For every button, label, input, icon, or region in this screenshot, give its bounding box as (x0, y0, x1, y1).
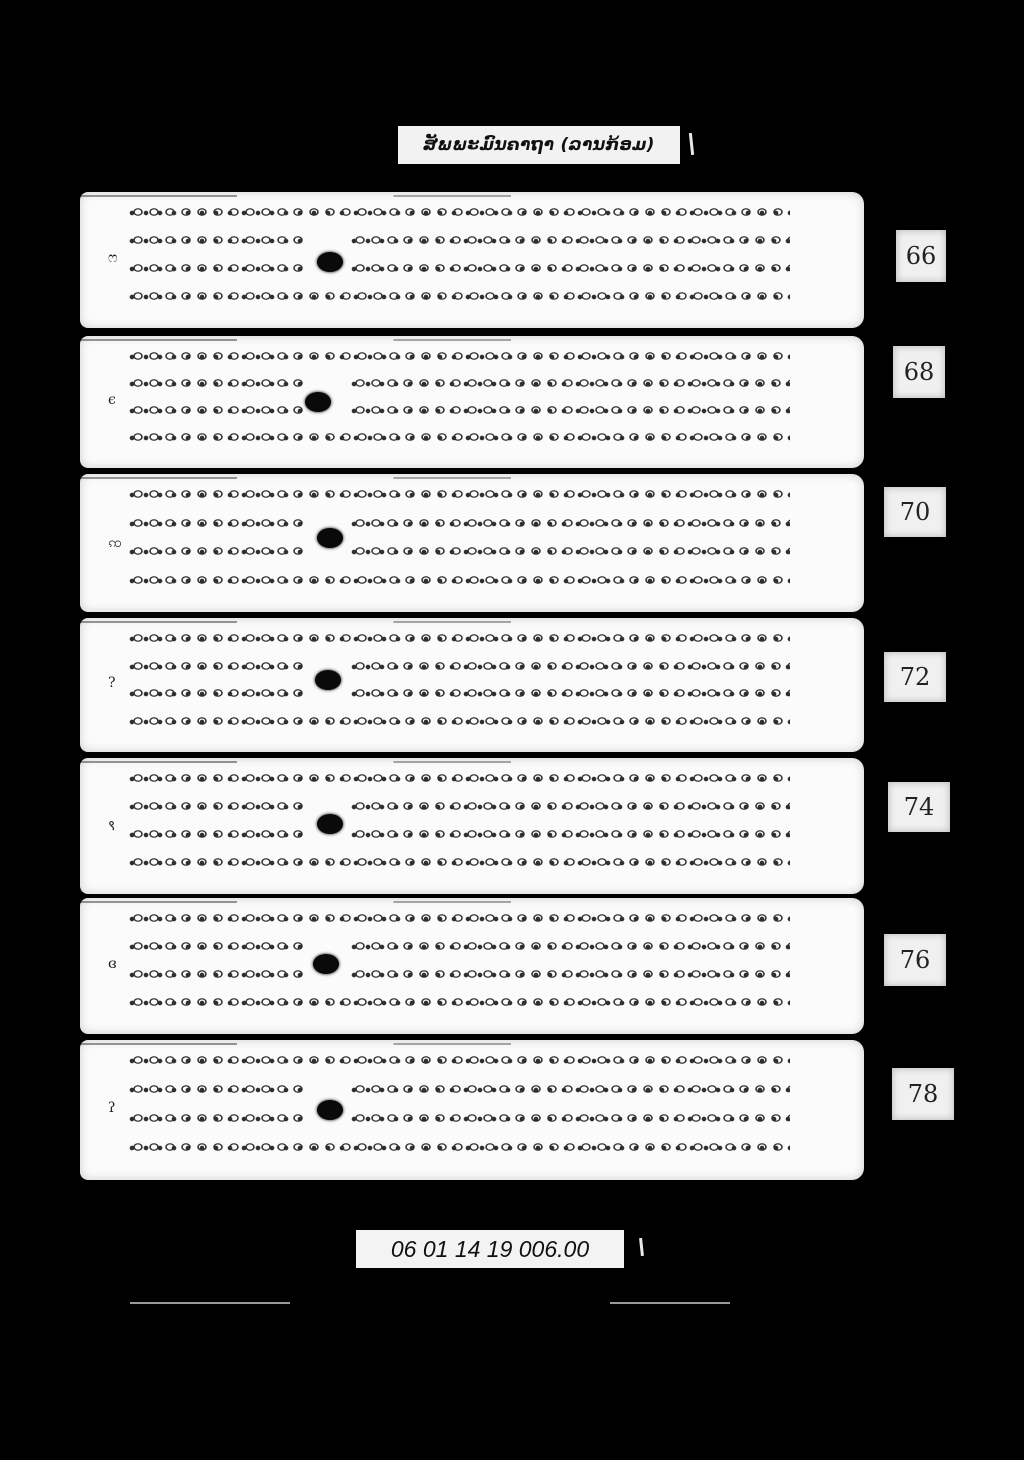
script-line (128, 488, 790, 502)
script-line (128, 715, 790, 729)
script-line-segment (128, 234, 308, 248)
palm-leaf-72: ? (80, 618, 864, 752)
palm-leaf-76: ɞ (80, 898, 864, 1034)
script-line-segment (350, 517, 790, 531)
script-line (128, 996, 790, 1010)
script-line-segment (128, 377, 308, 391)
script-line-segment (128, 1083, 308, 1097)
script-line (128, 290, 790, 304)
script-line-segment (128, 404, 308, 418)
script-line (128, 856, 790, 870)
script-line-segment (128, 800, 308, 814)
palm-leaf-68: ϵ (80, 336, 864, 468)
script-line (128, 1141, 790, 1155)
script-line-segment (350, 660, 790, 674)
palm-leaf-74: ९ (80, 758, 864, 894)
script-line (128, 772, 790, 786)
script-line-segment (350, 1112, 790, 1126)
script-line-segment (350, 234, 790, 248)
script-line-segment (350, 404, 790, 418)
page-number-label: 68 (893, 346, 945, 398)
page-number-label: 74 (888, 782, 950, 832)
script-line (128, 350, 790, 364)
script-line-segment (350, 377, 790, 391)
script-line (128, 206, 790, 220)
script-line-segment (128, 1112, 308, 1126)
page-number-label: 76 (884, 934, 946, 986)
script-line (128, 431, 790, 445)
leaf-margin-numeral: ʔ (108, 1100, 116, 1116)
script-line-segment (350, 828, 790, 842)
leaf-margin-numeral: ९ (108, 816, 115, 835)
script-line-segment (350, 1083, 790, 1097)
string-hole-icon (313, 954, 339, 974)
string-hole-icon (317, 814, 343, 834)
script-line-segment (350, 262, 790, 276)
script-line-segment (350, 968, 790, 982)
leaf-margin-numeral: ꩡ (108, 533, 122, 554)
string-hole-icon (315, 670, 341, 690)
palm-leaf-66: ෆ (80, 192, 864, 328)
script-line-segment (350, 800, 790, 814)
leaf-margin-numeral: ɞ (108, 956, 117, 972)
leaf-margin-numeral: ? (108, 675, 116, 691)
script-line-segment (128, 968, 308, 982)
page-number-label: 70 (884, 487, 946, 537)
script-line-segment (350, 687, 790, 701)
leaf-margin-numeral: ෆ (108, 250, 117, 266)
script-line-segment (128, 517, 308, 531)
script-line (128, 632, 790, 646)
string-hole-icon (317, 528, 343, 548)
scan-edge-line-left (130, 1302, 290, 1304)
string-hole-icon (305, 392, 331, 412)
string-hole-icon (317, 252, 343, 272)
script-line-segment (350, 545, 790, 559)
script-line-segment (350, 940, 790, 954)
leaf-margin-numeral: ϵ (108, 392, 116, 408)
page-number-label: 72 (884, 652, 946, 702)
script-line-segment (128, 545, 308, 559)
title-tick-mark (689, 133, 694, 155)
palm-leaf-70: ꩡ (80, 474, 864, 612)
string-hole-icon (317, 1100, 343, 1120)
catalog-code-label: 06 01 14 19 006.00 (356, 1230, 624, 1268)
script-line-segment (128, 940, 308, 954)
script-line-segment (128, 660, 308, 674)
script-line (128, 1054, 790, 1068)
page-number-label: 78 (892, 1068, 954, 1120)
page-number-label: 66 (896, 230, 946, 282)
script-line-segment (128, 828, 308, 842)
scan-edge-line-right (610, 1302, 730, 1304)
script-line-segment (128, 262, 308, 276)
document-title-label: ສັພພະມົນຄາຖາ (ລານກ້ອມ) (398, 126, 680, 164)
palm-leaf-78: ʔ (80, 1040, 864, 1180)
script-line (128, 574, 790, 588)
script-line-segment (128, 687, 308, 701)
script-line (128, 912, 790, 926)
code-tick-mark (639, 1238, 644, 1256)
